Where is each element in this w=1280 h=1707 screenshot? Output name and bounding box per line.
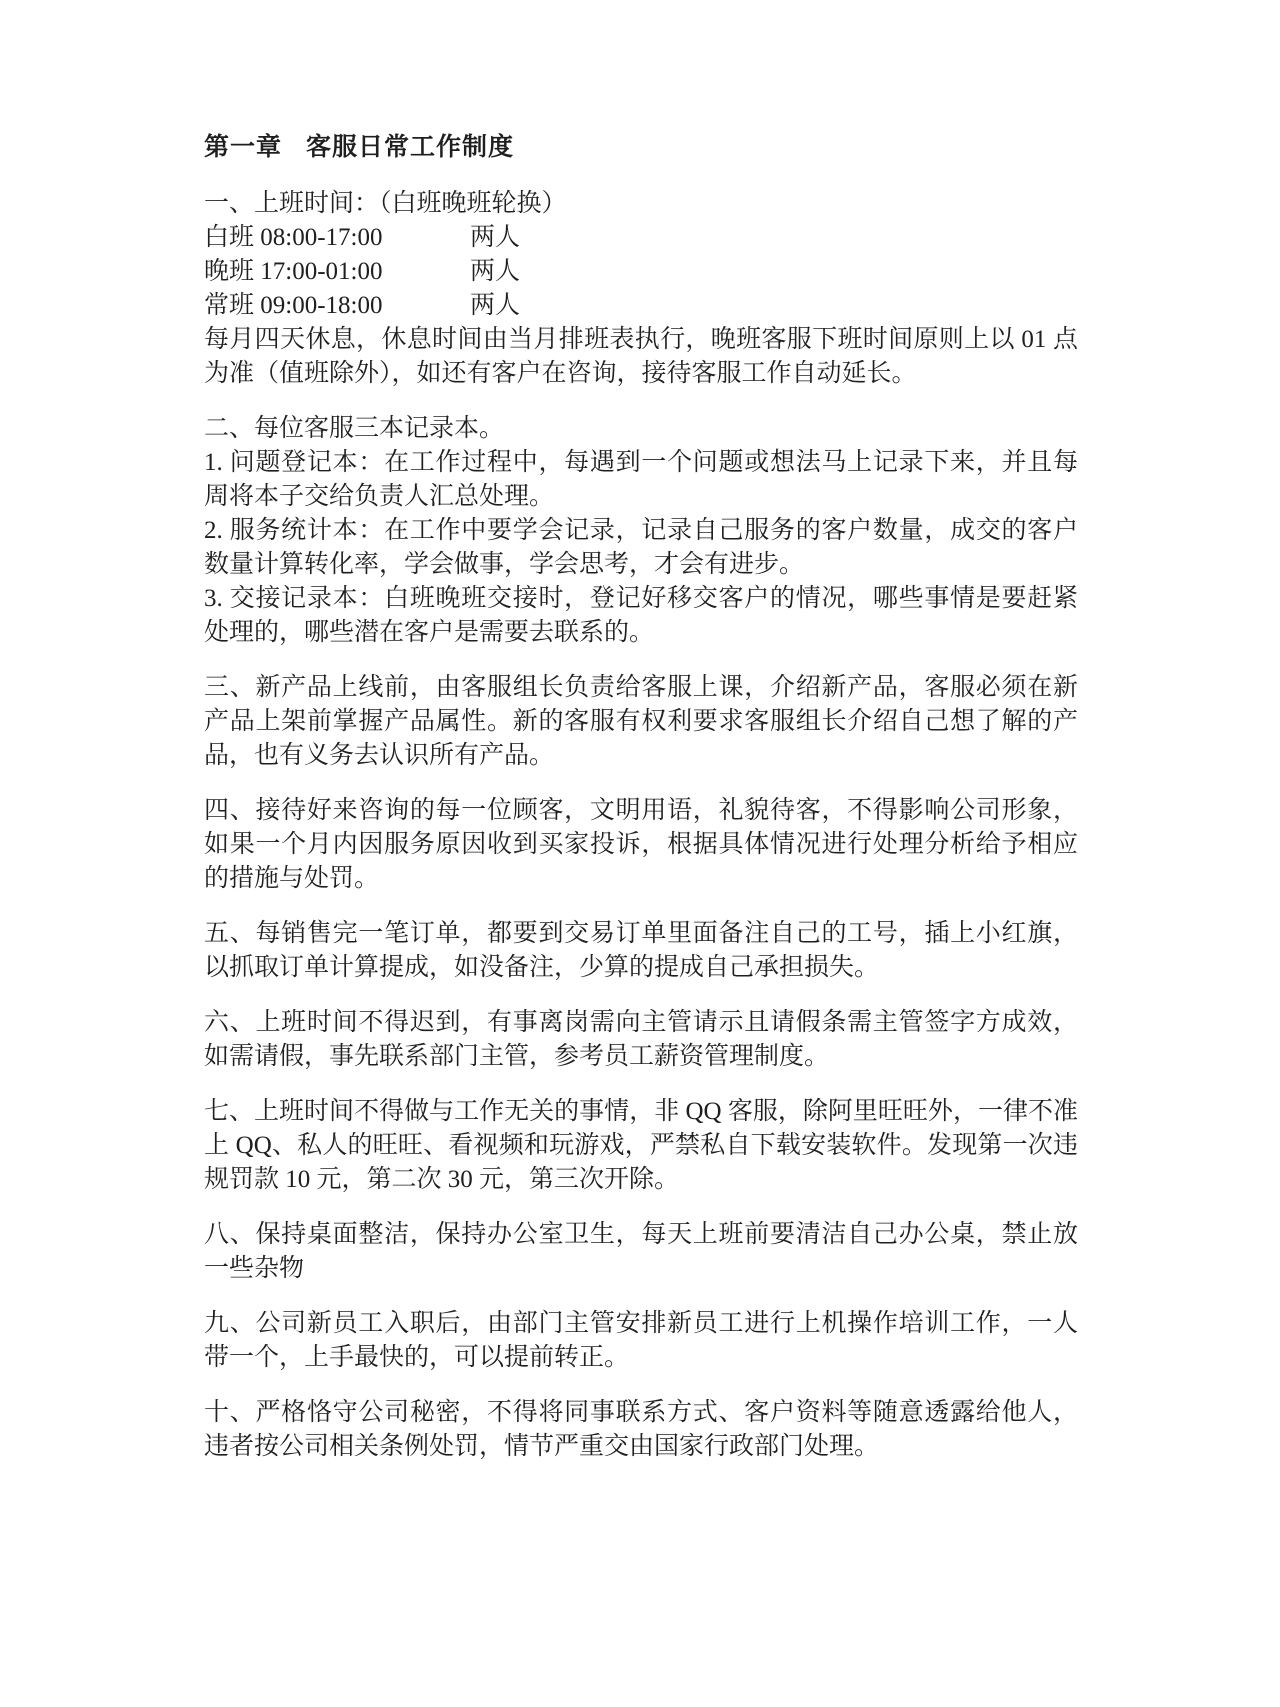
section-confidentiality: 十、严格恪守公司秘密，不得将同事联系方式、客户资料等随意透露给他人，违者按公司相… [204, 1396, 1078, 1464]
shift-row-day: 白班 08:00-17:00两人 [204, 221, 1078, 255]
shift-staff: 两人 [470, 292, 520, 319]
section-note: 每月四天休息，休息时间由当月排班表执行，晚班客服下班时间原则上以 01 点为准（… [204, 323, 1078, 391]
notebook-item: 2. 服务统计本：在工作中要学会记录，记录自己服务的客户数量，成交的客户数量计算… [204, 514, 1078, 582]
shift-staff: 两人 [470, 224, 520, 251]
shift-label: 常班 09:00-18:00 [204, 289, 470, 323]
paragraph: 六、上班时间不得迟到，有事离岗需向主管请示且请假条需主管签字方成效，如需请假，事… [204, 1006, 1078, 1074]
paragraph: 五、每销售完一笔订单，都要到交易订单里面备注自己的工号，插上小红旗，以抓取订单计… [204, 917, 1078, 985]
notebook-item: 3. 交接记录本：白班晚班交接时，登记好移交客户的情况，哪些事情是要赶紧处理的，… [204, 582, 1078, 650]
shift-staff: 两人 [470, 258, 520, 285]
paragraph: 八、保持桌面整洁，保持办公室卫生，每天上班前要清洁自己办公桌，禁止放一些杂物 [204, 1218, 1078, 1286]
section-order-notes: 五、每销售完一笔订单，都要到交易订单里面备注自己的工号，插上小红旗，以抓取订单计… [204, 917, 1078, 985]
section-heading: 二、每位客服三本记录本。 [204, 412, 1078, 446]
section-working-hours: 一、上班时间：（白班晚班轮换） 白班 08:00-17:00两人 晚班 17:0… [204, 187, 1078, 391]
section-work-discipline: 七、上班时间不得做与工作无关的事情，非 QQ 客服，除阿里旺旺外，一律不准上 Q… [204, 1095, 1078, 1197]
shift-label: 晚班 17:00-01:00 [204, 255, 470, 289]
section-customer-reception: 四、接待好来咨询的每一位顾客，文明用语，礼貌待客，不得影响公司形象，如果一个月内… [204, 794, 1078, 896]
section-desk-hygiene: 八、保持桌面整洁，保持办公室卫生，每天上班前要清洁自己办公桌，禁止放一些杂物 [204, 1218, 1078, 1286]
shift-label: 白班 08:00-17:00 [204, 221, 470, 255]
document-page: 第一章客服日常工作制度 一、上班时间：（白班晚班轮换） 白班 08:00-17:… [0, 0, 1280, 1707]
section-new-products: 三、新产品上线前，由客服组长负责给客服上课，介绍新产品，客服必须在新产品上架前掌… [204, 671, 1078, 773]
section-new-employee-training: 九、公司新员工入职后，由部门主管安排新员工进行上机操作培训工作，一人带一个，上手… [204, 1307, 1078, 1375]
section-notebooks: 二、每位客服三本记录本。 1. 问题登记本：在工作过程中，每遇到一个问题或想法马… [204, 412, 1078, 650]
paragraph: 九、公司新员工入职后，由部门主管安排新员工进行上机操作培训工作，一人带一个，上手… [204, 1307, 1078, 1375]
notebook-item: 1. 问题登记本：在工作过程中，每遇到一个问题或想法马上记录下来，并且每周将本子… [204, 446, 1078, 514]
paragraph: 七、上班时间不得做与工作无关的事情，非 QQ 客服，除阿里旺旺外，一律不准上 Q… [204, 1095, 1078, 1197]
section-heading: 一、上班时间：（白班晚班轮换） [204, 187, 1078, 221]
paragraph: 十、严格恪守公司秘密，不得将同事联系方式、客户资料等随意透露给他人，违者按公司相… [204, 1396, 1078, 1464]
chapter-title: 第一章客服日常工作制度 [204, 130, 1078, 166]
chapter-number: 第一章 [204, 134, 282, 161]
document-content: 第一章客服日常工作制度 一、上班时间：（白班晚班轮换） 白班 08:00-17:… [204, 130, 1078, 1464]
shift-row-regular: 常班 09:00-18:00两人 [204, 289, 1078, 323]
paragraph: 四、接待好来咨询的每一位顾客，文明用语，礼貌待客，不得影响公司形象，如果一个月内… [204, 794, 1078, 896]
section-attendance: 六、上班时间不得迟到，有事离岗需向主管请示且请假条需主管签字方成效，如需请假，事… [204, 1006, 1078, 1074]
shift-row-night: 晚班 17:00-01:00两人 [204, 255, 1078, 289]
chapter-heading: 客服日常工作制度 [306, 134, 514, 161]
paragraph: 三、新产品上线前，由客服组长负责给客服上课，介绍新产品，客服必须在新产品上架前掌… [204, 671, 1078, 773]
